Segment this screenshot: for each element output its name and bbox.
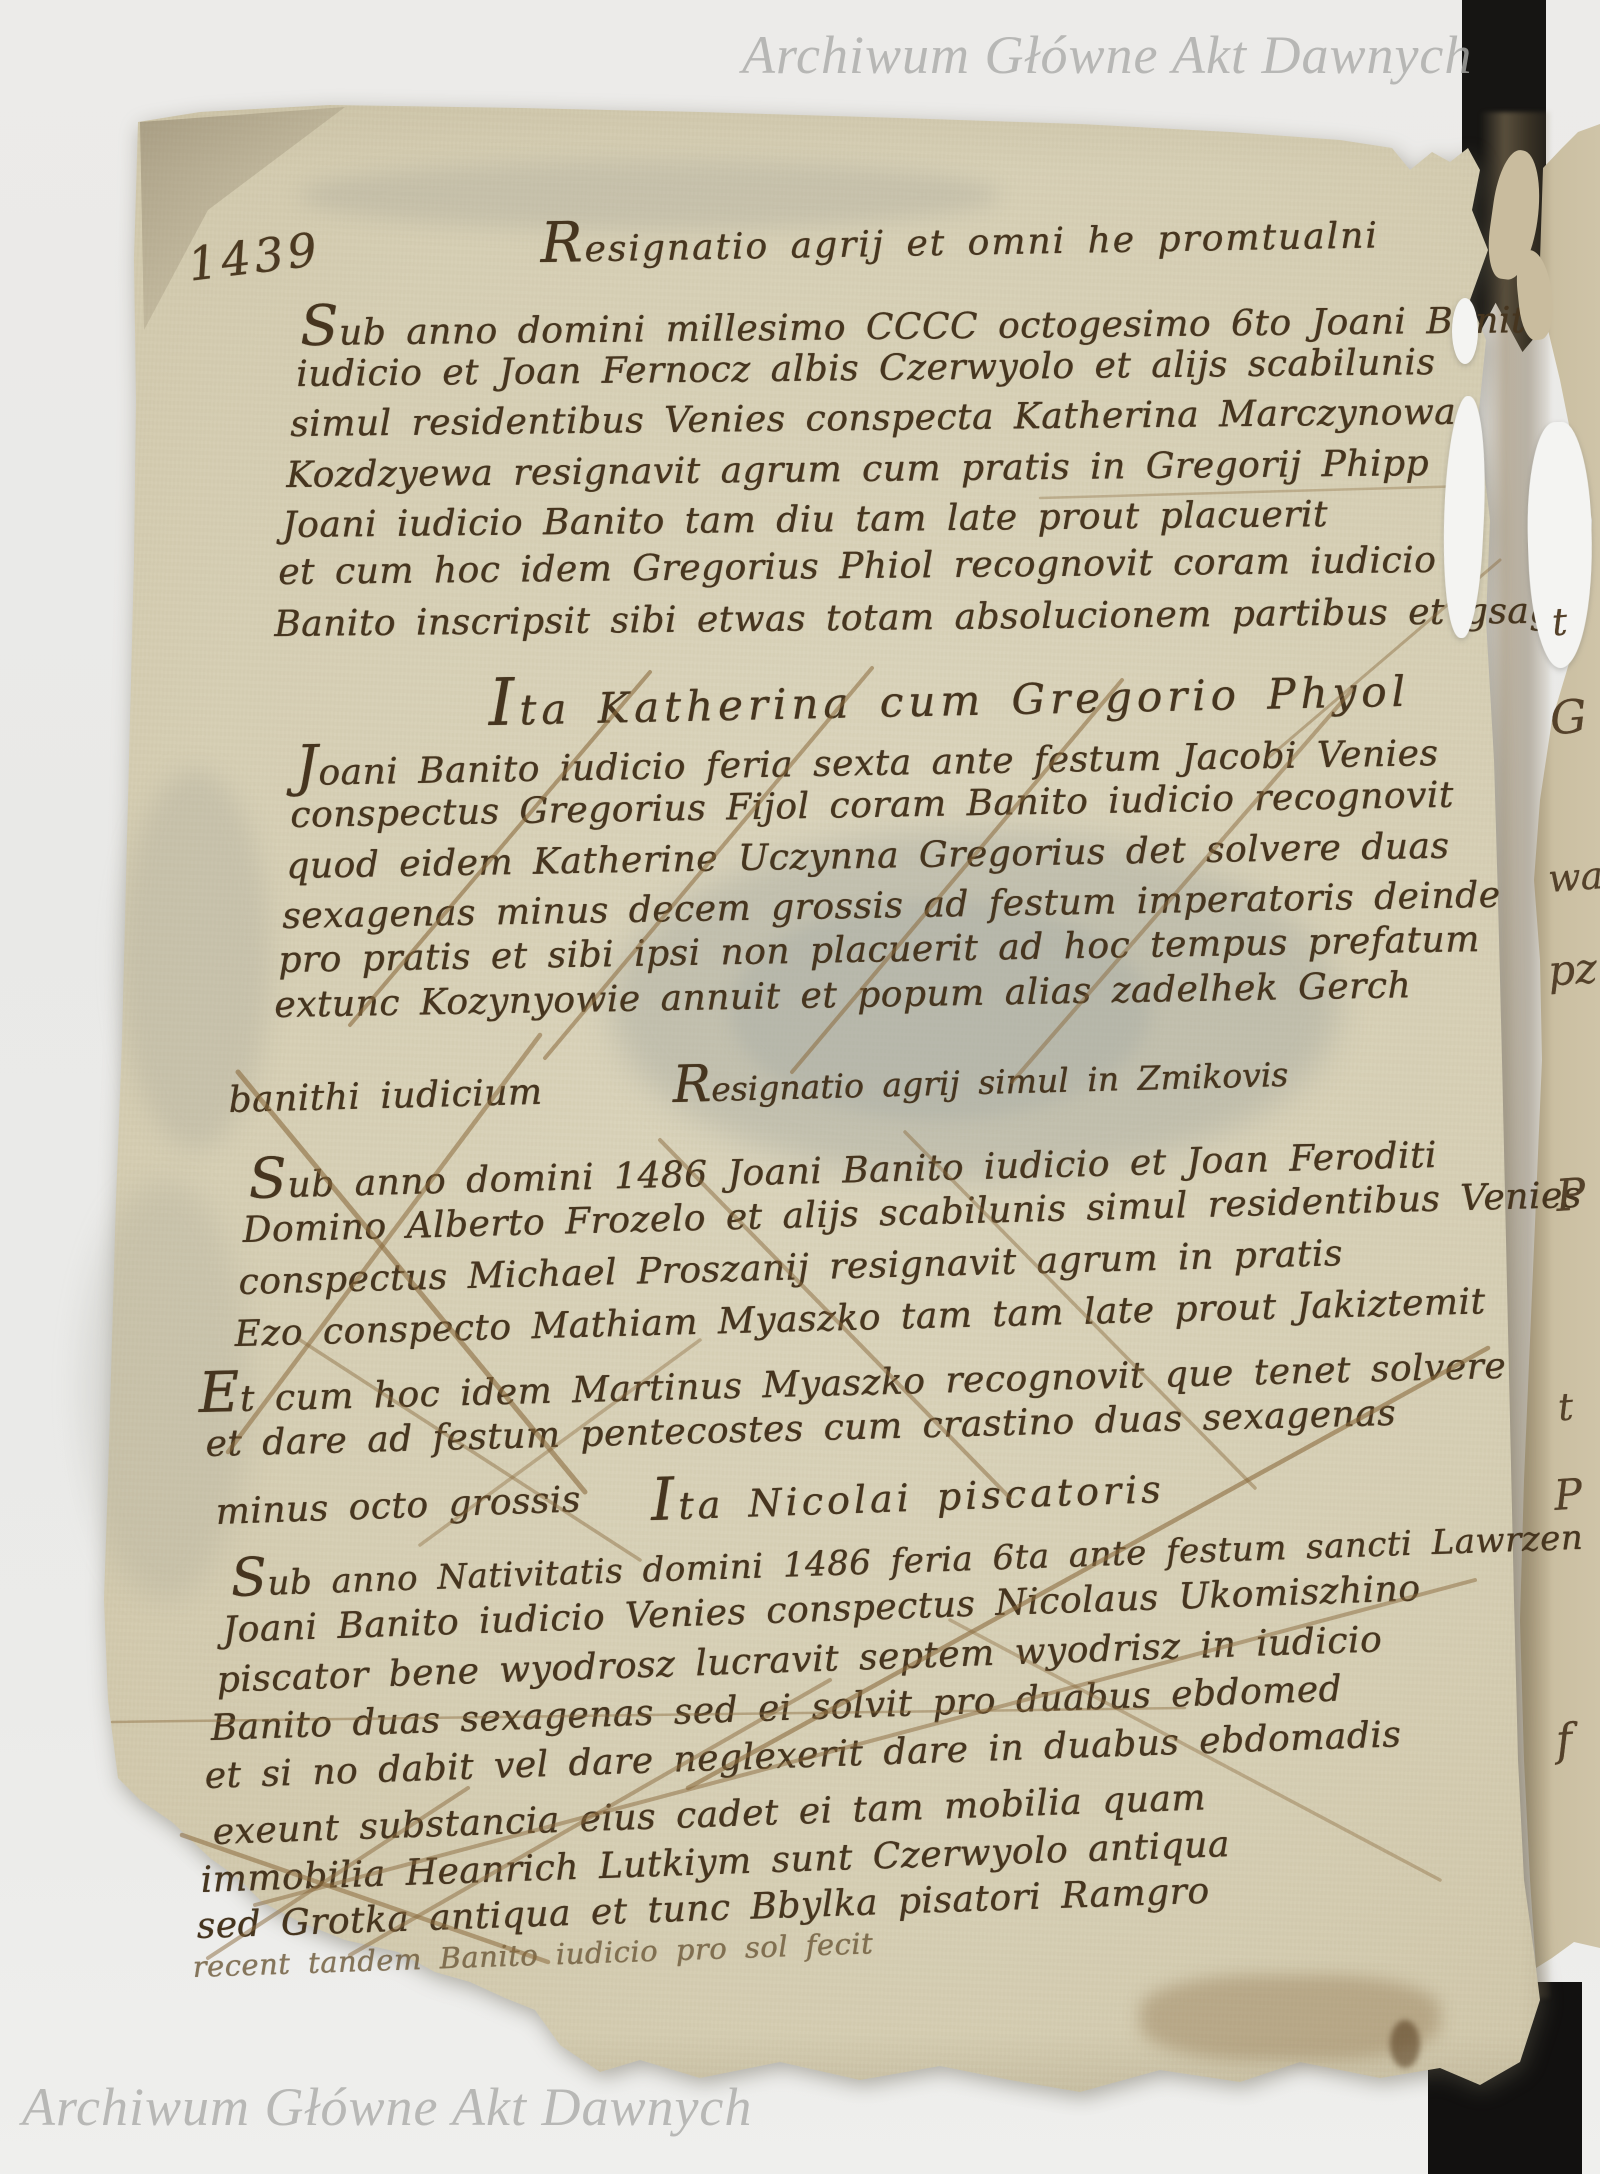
cancellation-stroke bbox=[300, 1340, 640, 1560]
cancellation-stroke bbox=[545, 668, 872, 1058]
facing-page-ink-fragment: f bbox=[1554, 1714, 1574, 1766]
facing-page-ink-fragment: P bbox=[1554, 1169, 1587, 1222]
cancellation-strokes bbox=[0, 0, 1600, 2174]
cancellation-stroke bbox=[350, 672, 650, 1025]
cancellation-stroke bbox=[1040, 486, 1468, 498]
backing-paper-patch bbox=[1452, 298, 1478, 364]
cancellation-stroke bbox=[112, 1708, 1185, 1722]
cancellation-stroke bbox=[688, 1348, 1488, 1788]
cancellation-stroke bbox=[255, 1580, 1475, 1905]
cancellation-stroke bbox=[420, 1340, 700, 1545]
facing-page-ink-fragment: pz bbox=[1546, 943, 1598, 995]
facing-page-ink-fragment: G bbox=[1548, 689, 1588, 745]
cancellation-stroke bbox=[905, 1132, 1255, 1488]
cancellation-stroke bbox=[660, 1140, 1010, 1498]
archive-watermark-top: Archiwum Główne Akt Dawnych bbox=[742, 24, 1472, 86]
cancellation-stroke bbox=[238, 1072, 585, 1492]
cancellation-stroke bbox=[950, 1620, 1440, 1880]
cancellation-stroke bbox=[228, 1035, 540, 1452]
facing-page-ink-fragment: P bbox=[1552, 1469, 1584, 1520]
archive-watermark-bottom: Archiwum Główne Akt Dawnych bbox=[22, 2076, 752, 2138]
cancellation-stroke bbox=[208, 1788, 468, 1958]
archival-document-scan: 1439 Resignatio agrij et omni he promtua… bbox=[0, 0, 1600, 2174]
facing-page-ink-fragment: wa bbox=[1547, 853, 1600, 901]
facing-page-ink-fragment: t bbox=[1556, 1385, 1574, 1430]
facing-page-ink-fragment: t bbox=[1550, 600, 1568, 645]
